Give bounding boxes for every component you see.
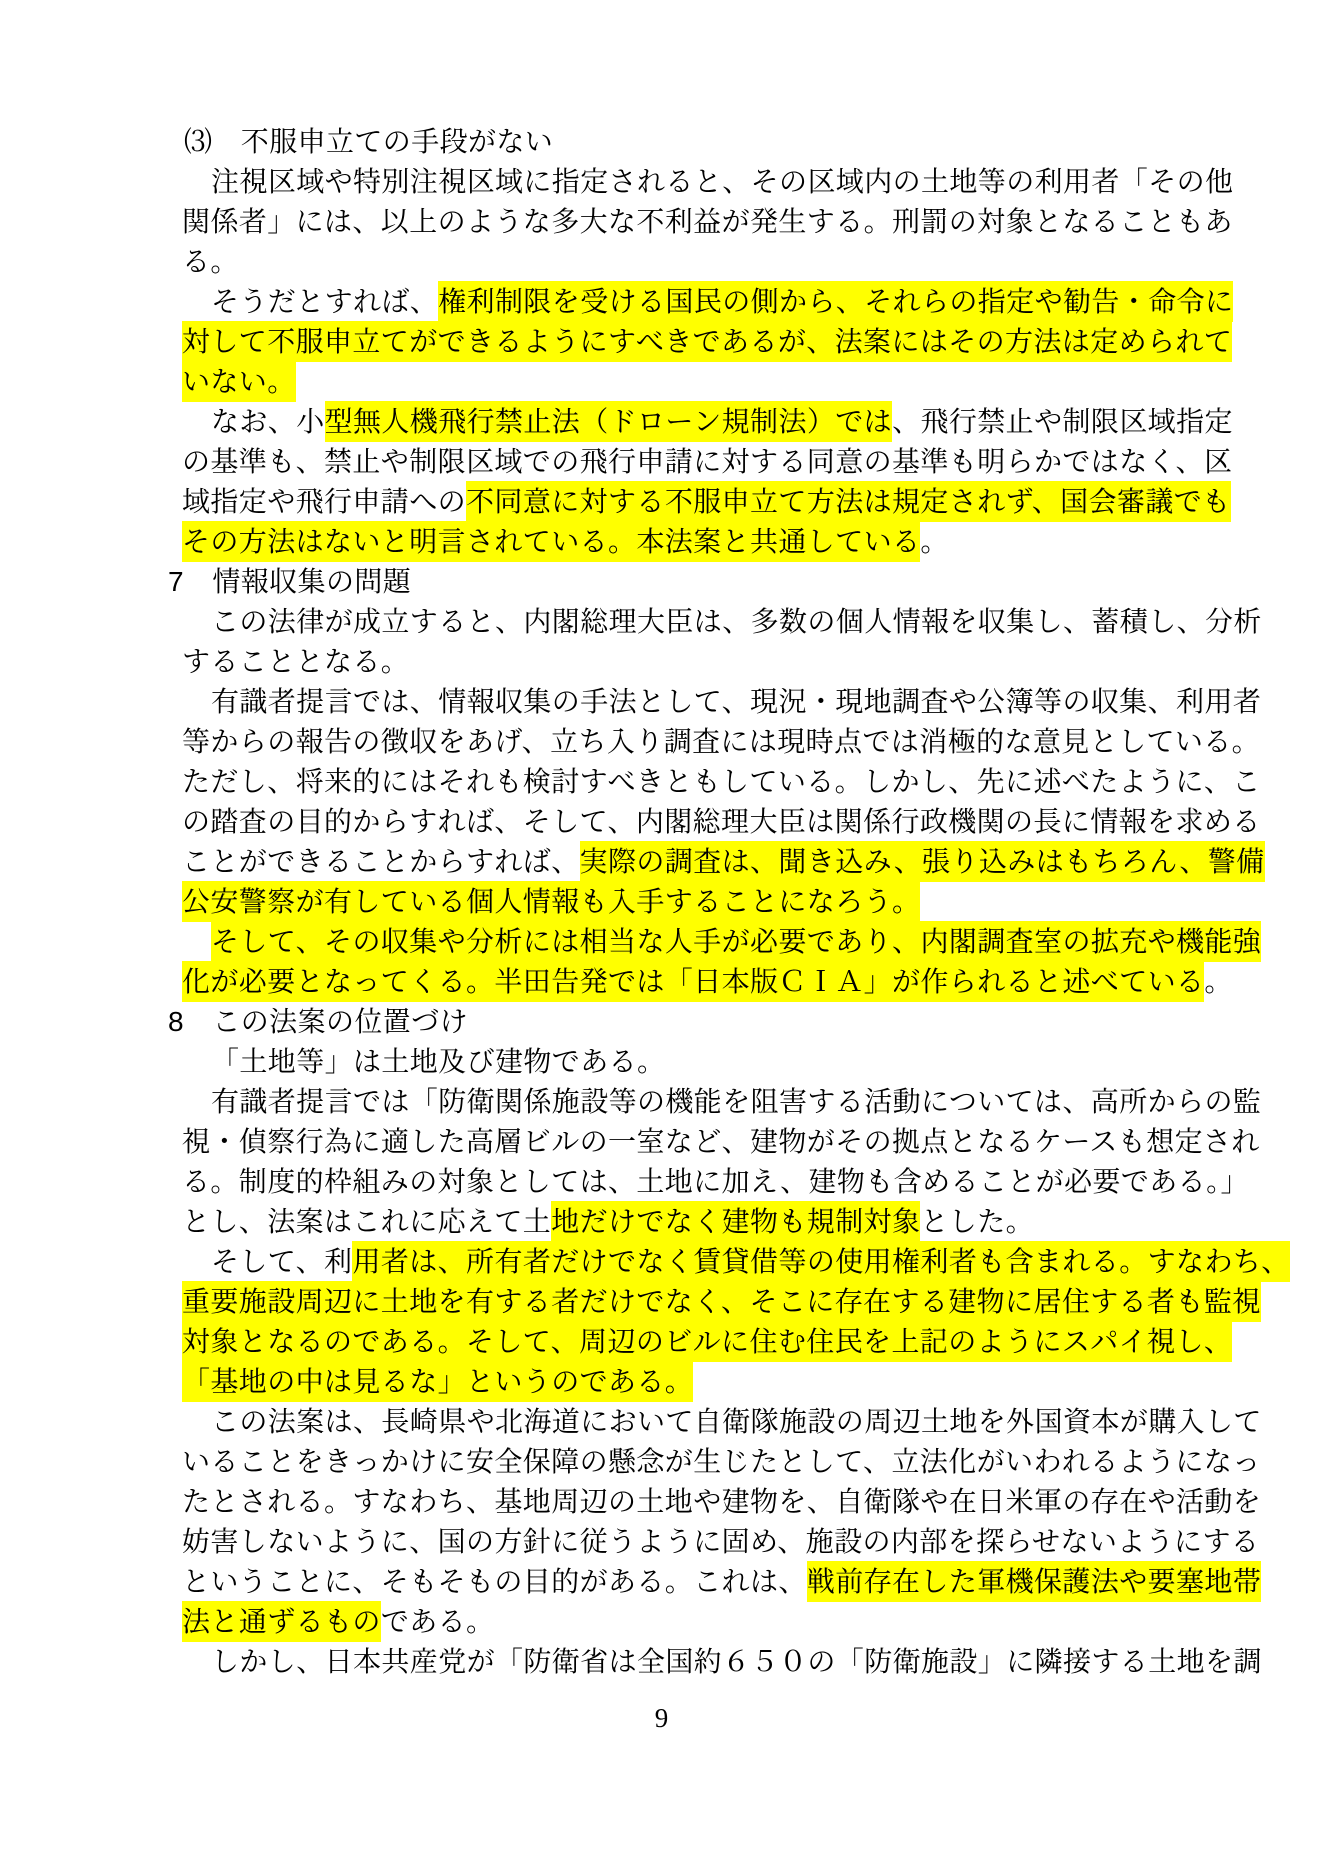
text-line: 法と通ずるものである。 xyxy=(0,1602,1323,1642)
highlighted-text: そして、その収集や分析には相当な人手が必要であり、内閣調査室の拡充や機能強 xyxy=(211,921,1261,962)
text-segment: そして、利 xyxy=(211,1246,352,1277)
text-line: することとなる。 xyxy=(0,642,1323,682)
text-segment: ということに、そもそもの目的がある。これは、 xyxy=(182,1566,807,1597)
text-line: いることをきっかけに安全保障の懸念が生じたとして、立法化がいわれるようになっ xyxy=(0,1442,1323,1482)
text-segment: することとなる。 xyxy=(182,646,409,677)
text-line: ということに、そもそもの目的がある。これは、戦前存在した軍機保護法や要塞地帯 xyxy=(0,1562,1323,1602)
text-line: ⑶ 不服申立ての手段がない xyxy=(0,122,1323,162)
text-line: 「基地の中は見るな」というのである。 xyxy=(0,1362,1323,1402)
text-line: たとされる。すなわち、基地周辺の土地や建物を、自衛隊や在日米軍の存在や活動を xyxy=(0,1482,1323,1522)
highlighted-text: 権利制限を受ける国民の側から、それらの指定や勧告・命令に xyxy=(438,281,1233,322)
highlighted-text: 地だけでなく建物も規制対象 xyxy=(551,1201,920,1242)
text-segment: とし、法案はこれに応えて土 xyxy=(182,1206,551,1237)
text-segment: ことができることからすれば、 xyxy=(182,846,580,877)
highlighted-text: 不同意に対する不服申立て方法は規定されず、国会審議でも xyxy=(466,481,1231,522)
document-body: ⑶ 不服申立ての手段がない注視区域や特別注視区域に指定されると、その区域内の土地… xyxy=(0,122,1323,1682)
text-segment: 有識者提言では「防衛関係施設等の機能を阻害する活動については、高所からの監 xyxy=(211,1086,1261,1117)
highlighted-text: 「基地の中は見るな」というのである。 xyxy=(182,1361,693,1402)
text-line: ことができることからすれば、実際の調査は、聞き込み、張り込みはもちろん、警備 xyxy=(0,842,1323,882)
text-line: そして、その収集や分析には相当な人手が必要であり、内閣調査室の拡充や機能強 xyxy=(0,922,1323,962)
text-line: 8 この法案の位置づけ xyxy=(0,1002,1323,1042)
text-line: その方法はないと明言されている。本法案と共通している。 xyxy=(0,522,1323,562)
highlighted-text: 公安警察が有している個人情報も入手することになろう。 xyxy=(182,881,920,922)
text-segment: 、飛行禁止や制限区域指定 xyxy=(892,406,1233,437)
text-line: とし、法案はこれに応えて土地だけでなく建物も規制対象とした。 xyxy=(0,1202,1323,1242)
text-line: そうだとすれば、権利制限を受ける国民の側から、それらの指定や勧告・命令に xyxy=(0,282,1323,322)
text-line: 「土地等」は土地及び建物である。 xyxy=(0,1042,1323,1082)
text-line: この法律が成立すると、内閣総理大臣は、多数の個人情報を収集し、蓄積し、分析 xyxy=(0,602,1323,642)
text-segment: の基準も、禁止や制限区域での飛行申請に対する同意の基準も明らかではなく、区 xyxy=(182,446,1232,477)
text-line: しかし、日本共産党が「防衛省は全国約６５０の「防衛施設」に隣接する土地を調 xyxy=(0,1642,1323,1682)
highlighted-text: 用者は、所有者だけでなく賃貸借等の使用権利者も含まれる。すなわち、 xyxy=(352,1241,1289,1282)
text-line: 注視区域や特別注視区域に指定されると、その区域内の土地等の利用者「その他 xyxy=(0,162,1323,202)
text-line: そして、利用者は、所有者だけでなく賃貸借等の使用権利者も含まれる。すなわち、 xyxy=(0,1242,1323,1282)
text-line: 重要施設周辺に土地を有する者だけでなく、そこに存在する建物に居住する者も監視 xyxy=(0,1282,1323,1322)
highlighted-text: 実際の調査は、聞き込み、張り込みはもちろん、警備 xyxy=(580,841,1265,882)
text-segment: 関係者」には、以上のような多大な不利益が発生する。刑罰の対象となることもあ xyxy=(182,206,1233,237)
text-line: 関係者」には、以上のような多大な不利益が発生する。刑罰の対象となることもあ xyxy=(0,202,1323,242)
text-line: 7 情報収集の問題 xyxy=(0,562,1323,602)
text-line: ただし、将来的にはそれも検討すべきともしている。しかし、先に述べたように、こ xyxy=(0,762,1323,802)
text-line: る。制度的枠組みの対象としては、土地に加え、建物も含めることが必要である。」 xyxy=(0,1162,1323,1202)
highlighted-text: 戦前存在した軍機保護法や要塞地帯 xyxy=(807,1561,1261,1602)
text-segment: 有識者提言では、情報収集の手法として、現況・現地調査や公簿等の収集、利用者 xyxy=(211,686,1261,717)
text-line: 対象となるのである。そして、周辺のビルに住む住民を上記のようにスパイ視し、 xyxy=(0,1322,1323,1362)
text-segment: とした。 xyxy=(920,1206,1034,1237)
text-segment: る。 xyxy=(182,246,239,277)
text-segment: ⑶ 不服申立ての手段がない xyxy=(184,126,553,157)
text-line: 有識者提言では「防衛関係施設等の機能を阻害する活動については、高所からの監 xyxy=(0,1082,1323,1122)
text-line: 等からの報告の徴収をあげ、立ち入り調査には現時点では消極的な意見としている。 xyxy=(0,722,1323,762)
text-segment: たとされる。すなわち、基地周辺の土地や建物を、自衛隊や在日米軍の存在や活動を xyxy=(182,1486,1261,1517)
text-line: 視・偵察行為に適した高層ビルの一室など、建物がその拠点となるケースも想定され xyxy=(0,1122,1323,1162)
text-segment: この法案は、長崎県や北海道において自衛隊施設の周辺土地を外国資本が購入して xyxy=(211,1406,1262,1437)
text-line: 化が必要となってくる。半田告発では「日本版ＣＩＡ」が作られると述べている。 xyxy=(0,962,1323,1002)
highlighted-text: いない。 xyxy=(182,361,296,402)
text-segment: の踏査の目的からすれば、そして、内閣総理大臣は関係行政機関の長に情報を求める xyxy=(182,806,1261,837)
highlighted-text: 法と通ずるもの xyxy=(182,1601,381,1642)
text-segment: 「土地等」は土地及び建物である。 xyxy=(211,1046,665,1077)
text-segment: 注視区域や特別注視区域に指定されると、その区域内の土地等の利用者「その他 xyxy=(211,166,1233,197)
text-segment: そうだとすれば、 xyxy=(211,286,438,317)
text-line: 域指定や飛行申請への不同意に対する不服申立て方法は規定されず、国会審議でも xyxy=(0,482,1323,522)
text-segment: 妨害しないように、国の方針に従うように固め、施設の内部を探らせないようにする xyxy=(182,1526,1259,1557)
text-segment: いることをきっかけに安全保障の懸念が生じたとして、立法化がいわれるようになっ xyxy=(182,1446,1261,1477)
text-segment: である。 xyxy=(381,1606,495,1637)
text-line: 対して不服申立てができるようにすべきであるが、法案にはその方法は定められて xyxy=(0,322,1323,362)
text-segment: 。 xyxy=(1204,966,1232,997)
text-segment: なお、小 xyxy=(211,406,325,437)
text-line: この法案は、長崎県や北海道において自衛隊施設の周辺土地を外国資本が購入して xyxy=(0,1402,1323,1442)
text-segment: この法律が成立すると、内閣総理大臣は、多数の個人情報を収集し、蓄積し、分析 xyxy=(211,606,1262,637)
text-line: 有識者提言では、情報収集の手法として、現況・現地調査や公簿等の収集、利用者 xyxy=(0,682,1323,722)
text-segment: 域指定や飛行申請への xyxy=(182,486,466,517)
text-segment: しかし、日本共産党が「防衛省は全国約６５０の「防衛施設」に隣接する土地を調 xyxy=(211,1646,1262,1677)
text-segment: 等からの報告の徴収をあげ、立ち入り調査には現時点では消極的な意見としている。 xyxy=(182,726,1260,757)
highlighted-text: 対象となるのである。そして、周辺のビルに住む住民を上記のようにスパイ視し、 xyxy=(182,1321,1232,1362)
highlighted-text: 対して不服申立てができるようにすべきであるが、法案にはその方法は定められて xyxy=(182,321,1232,362)
highlighted-text: 型無人機飛行禁止法（ドローン規制法）では xyxy=(325,401,892,442)
text-line: いない。 xyxy=(0,362,1323,402)
text-line: の踏査の目的からすれば、そして、内閣総理大臣は関係行政機関の長に情報を求める xyxy=(0,802,1323,842)
text-segment: 8 この法案の位置づけ xyxy=(168,1006,468,1037)
document-page: ⑶ 不服申立ての手段がない注視区域や特別注視区域に指定されると、その区域内の土地… xyxy=(0,0,1323,1871)
highlighted-text: その方法はないと明言されている。本法案と共通している xyxy=(182,521,920,562)
text-segment: る。制度的枠組みの対象としては、土地に加え、建物も含めることが必要である。」 xyxy=(182,1166,1249,1197)
text-line: の基準も、禁止や制限区域での飛行申請に対する同意の基準も明らかではなく、区 xyxy=(0,442,1323,482)
page-number: 9 xyxy=(0,1698,1323,1738)
text-line: 公安警察が有している個人情報も入手することになろう。 xyxy=(0,882,1323,922)
text-segment: 7 情報収集の問題 xyxy=(168,566,411,597)
text-segment: 。 xyxy=(920,526,948,557)
text-line: 妨害しないように、国の方針に従うように固め、施設の内部を探らせないようにする xyxy=(0,1522,1323,1562)
text-line: る。 xyxy=(0,242,1323,282)
text-segment: ただし、将来的にはそれも検討すべきともしている。しかし、先に述べたように、こ xyxy=(182,766,1261,797)
highlighted-text: 重要施設周辺に土地を有する者だけでなく、そこに存在する建物に居住する者も監視 xyxy=(182,1281,1261,1322)
text-segment: 視・偵察行為に適した高層ビルの一室など、建物がその拠点となるケースも想定され xyxy=(182,1126,1260,1157)
highlighted-text: 化が必要となってくる。半田告発では「日本版ＣＩＡ」が作られると述べている xyxy=(182,961,1204,1002)
text-line: なお、小型無人機飛行禁止法（ドローン規制法）では、飛行禁止や制限区域指定 xyxy=(0,402,1323,442)
